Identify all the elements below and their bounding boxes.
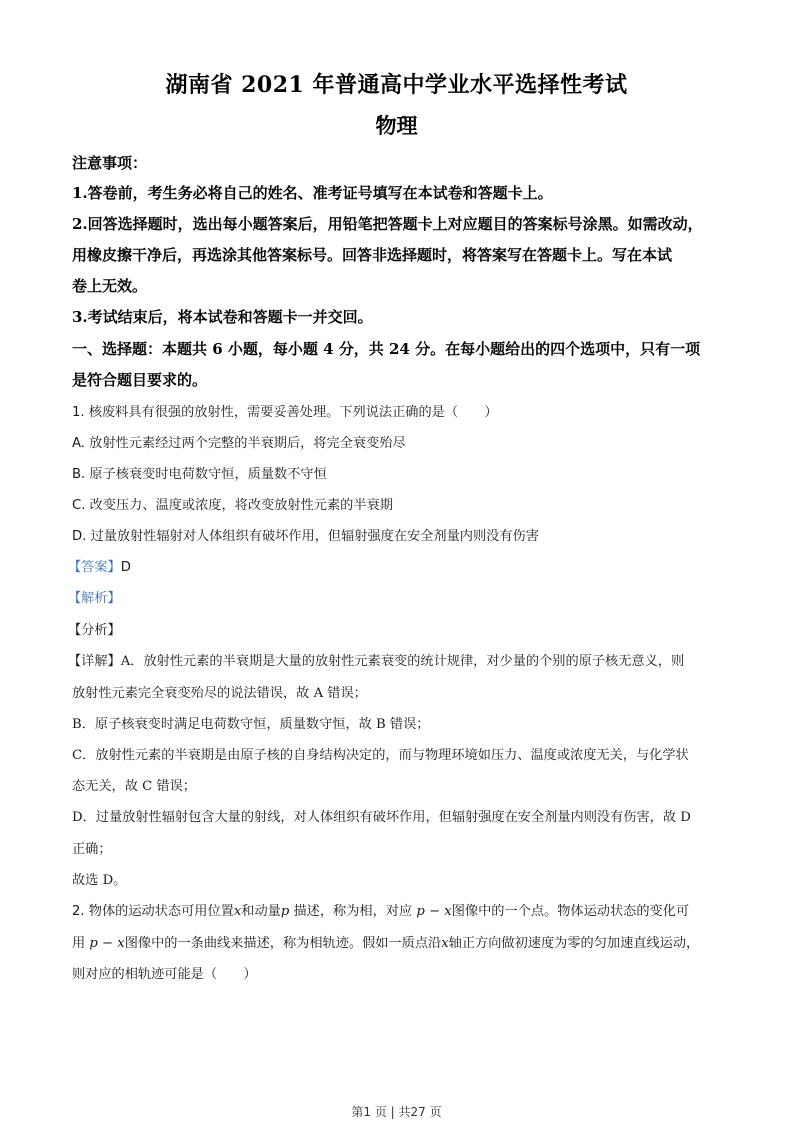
- fenxi-label: 【分析】: [68, 619, 121, 638]
- notice-item-2-line-2: 用橡皮擦干净后，再选涂其他答案标号。回答非选择题时，将答案写在答题卡上。写在本试: [72, 244, 672, 265]
- notice-item-3: 3.考试结束后，将本试卷和答题卡一并交回。: [72, 306, 373, 327]
- math-x: x: [441, 936, 448, 951]
- answer-row: 【答案】D: [68, 556, 131, 575]
- question-2-line-3: 则对应的相轨迹可能是（ ）: [72, 963, 257, 982]
- question-2-line-2: 用 p − x图像中的一条曲线来描述，称为相轨迹。假如一质点沿x轴正方向做初速度…: [72, 932, 699, 951]
- detail-line-5: 态无关，故 C 错误；: [72, 775, 196, 794]
- notice-item-1: 1.答卷前，考生务必将自己的姓名、准考证号填写在本试卷和答题卡上。: [72, 182, 553, 203]
- math-p-x: p − x: [89, 936, 124, 951]
- analysis-label: 【解析】: [68, 587, 121, 606]
- question-2-line-1: 2. 物体的运动状态可用位置x和动量p 描述，称为相，对应 p − x图像中的一…: [72, 900, 689, 919]
- detail-line-2: 放射性元素完全衰变殆尽的说法错误，故 A 错误；: [72, 682, 367, 701]
- detail-line-4: C．放射性元素的半衰期是由原子核的自身结构决定的，而与物理环境如压力、温度或浓度…: [72, 744, 689, 763]
- question-1-option-d: D. 过量放射性辐射对人体组织有破坏作用，但辐射强度在安全剂量内则没有伤害: [72, 525, 539, 544]
- question-1-option-c: C. 改变压力、温度或浓度，将改变放射性元素的半衰期: [72, 494, 393, 513]
- section-heading-line-2: 是符合题目要求的。: [72, 369, 207, 390]
- subject-title: 物理: [0, 110, 793, 140]
- detail-line-7: 正确；: [72, 838, 112, 857]
- detail-line-6: D．过量放射性辐射包含大量的射线，对人体组织有破坏作用，但辐射强度在安全剂量内则…: [72, 806, 691, 825]
- notice-heading: 注意事项：: [72, 152, 147, 173]
- detail-line-1: 【详解】A．放射性元素的半衰期是大量的放射性元素衰变的统计规律，对少量的个别的原…: [68, 650, 684, 669]
- answer-value: D: [121, 560, 131, 575]
- document-page: 湖南省 2021 年普通高中学业水平选择性考试 物理 注意事项： 1.答卷前，考…: [0, 0, 793, 1122]
- notice-item-2-line-3: 卷上无效。: [72, 275, 147, 296]
- question-1-stem: 1. 核废料具有很强的放射性，需要妥善处理。下列说法正确的是（ ）: [72, 401, 498, 420]
- detail-line-8: 故选 D。: [72, 869, 126, 888]
- section-heading-line-1: 一、选择题：本题共 6 小题，每小题 4 分，共 24 分。在每小题给出的四个选…: [72, 338, 700, 359]
- question-1-option-a: A. 放射性元素经过两个完整的半衰期后，将完全衰变殆尽: [72, 432, 406, 451]
- question-1-option-b: B. 原子核衰变时电荷数守恒，质量数不守恒: [72, 463, 327, 482]
- math-p-x: p − x: [416, 904, 451, 919]
- exam-title: 湖南省 2021 年普通高中学业水平选择性考试: [0, 68, 793, 99]
- answer-label: 【答案】: [68, 560, 121, 575]
- notice-item-2-line-1: 2.回答选择题时，选出每小题答案后，用铅笔把答题卡上对应题目的答案标号涂黑。如需…: [72, 213, 703, 234]
- detail-line-3: B．原子核衰变时满足电荷数守恒，质量数守恒，故 B 错误；: [72, 713, 429, 732]
- detail-label: 【详解】: [68, 654, 121, 669]
- page-footer: 第1 页 | 共27 页: [0, 1103, 793, 1120]
